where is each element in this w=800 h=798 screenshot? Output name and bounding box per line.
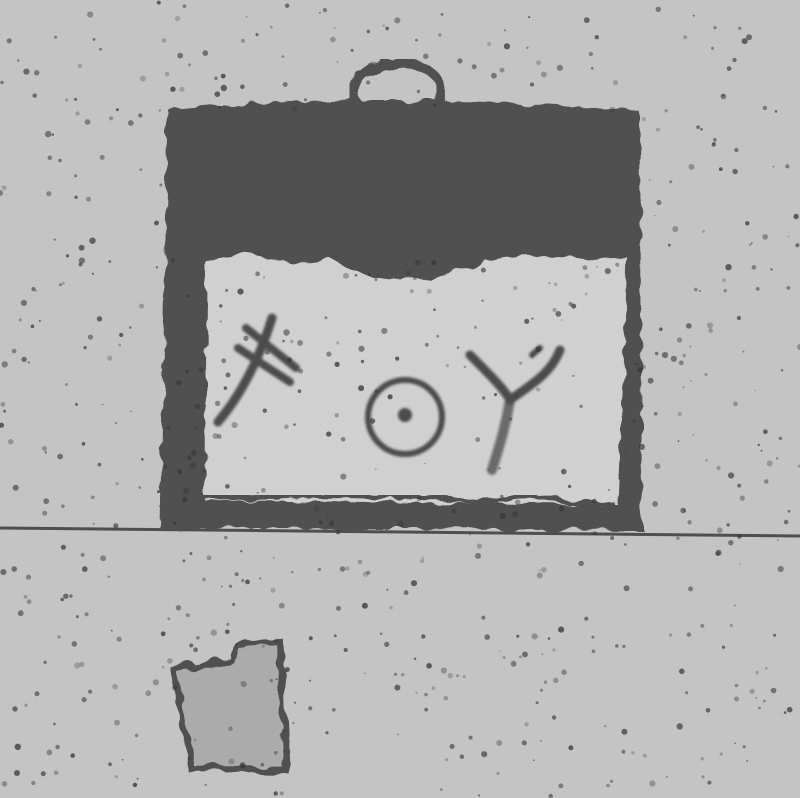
photo-grain [0, 0, 800, 798]
photo-canvas [0, 0, 800, 798]
stone-inscription-photo [0, 0, 800, 798]
